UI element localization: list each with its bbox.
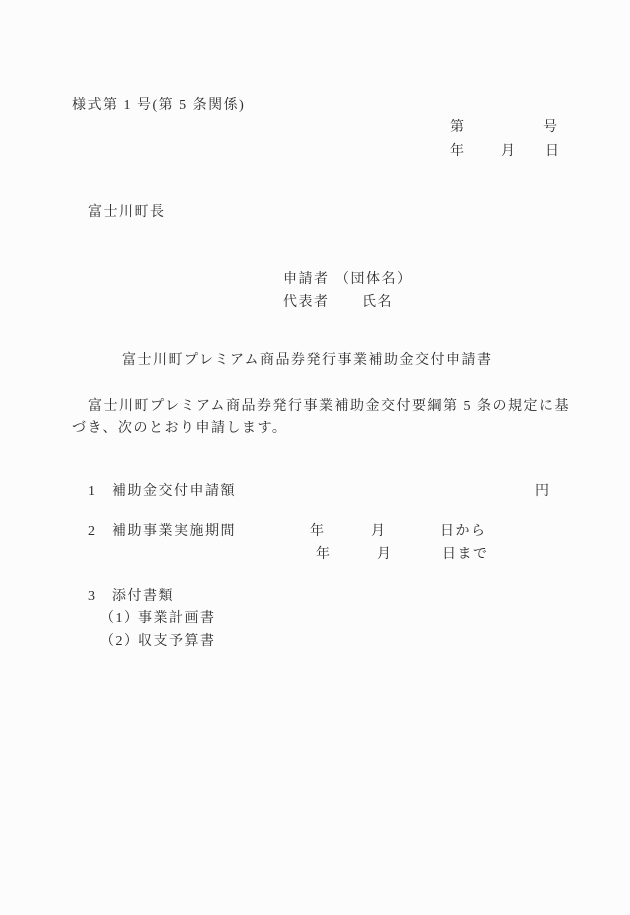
item-1-currency-unit-label: 円 <box>535 484 551 500</box>
doc-number-suffix: 号 <box>543 120 559 136</box>
doc-number-prefix: 第 <box>450 120 466 136</box>
period-from-month-label: 月 <box>371 524 387 540</box>
period-from-year-label: 年 <box>310 524 326 540</box>
attachment-2-label: 収支予算書 <box>138 634 216 650</box>
period-from-day-label: 日から <box>440 524 487 540</box>
application-form-page: 様式第 1 号(第 5 条関係) 第 号 年 月 日 富士川町長 申請者 （団体… <box>0 0 630 915</box>
body-paragraph-line-1: 富士川町プレミアム商品券発行事業補助金交付要綱第 5 条の規定に基 <box>88 399 570 415</box>
period-to-month-label: 月 <box>377 547 393 563</box>
item-3-label: 添付書類 <box>112 589 174 605</box>
item-1-label: 補助金交付申請額 <box>112 484 236 500</box>
attachment-1-number: （1） <box>100 611 140 627</box>
attachment-2-number: （2） <box>100 634 140 650</box>
body-paragraph-line-2: づき、次のとおり申請します。 <box>72 421 287 437</box>
item-3-number: 3 <box>88 589 97 605</box>
date-day-label: 日 <box>545 144 561 160</box>
applicant-label: 申請者 <box>283 272 330 288</box>
date-year-label: 年 <box>450 144 466 160</box>
document-title: 富士川町プレミアム商品券発行事業補助金交付申請書 <box>122 353 492 369</box>
representative-label: 代表者 <box>283 295 330 311</box>
applicant-org-name-label: （団体名） <box>335 272 413 288</box>
attachment-1-label: 事業計画書 <box>138 611 216 627</box>
representative-name-label: 氏名 <box>362 295 393 311</box>
item-2-label: 補助事業実施期間 <box>112 524 236 540</box>
addressee-label: 富士川町長 <box>88 205 166 221</box>
period-to-year-label: 年 <box>316 547 332 563</box>
date-month-label: 月 <box>501 144 517 160</box>
form-number-label: 様式第 1 号(第 5 条関係) <box>72 98 245 114</box>
item-2-number: 2 <box>88 524 97 540</box>
item-1-number: 1 <box>88 484 97 500</box>
period-to-day-label: 日まで <box>442 547 489 563</box>
